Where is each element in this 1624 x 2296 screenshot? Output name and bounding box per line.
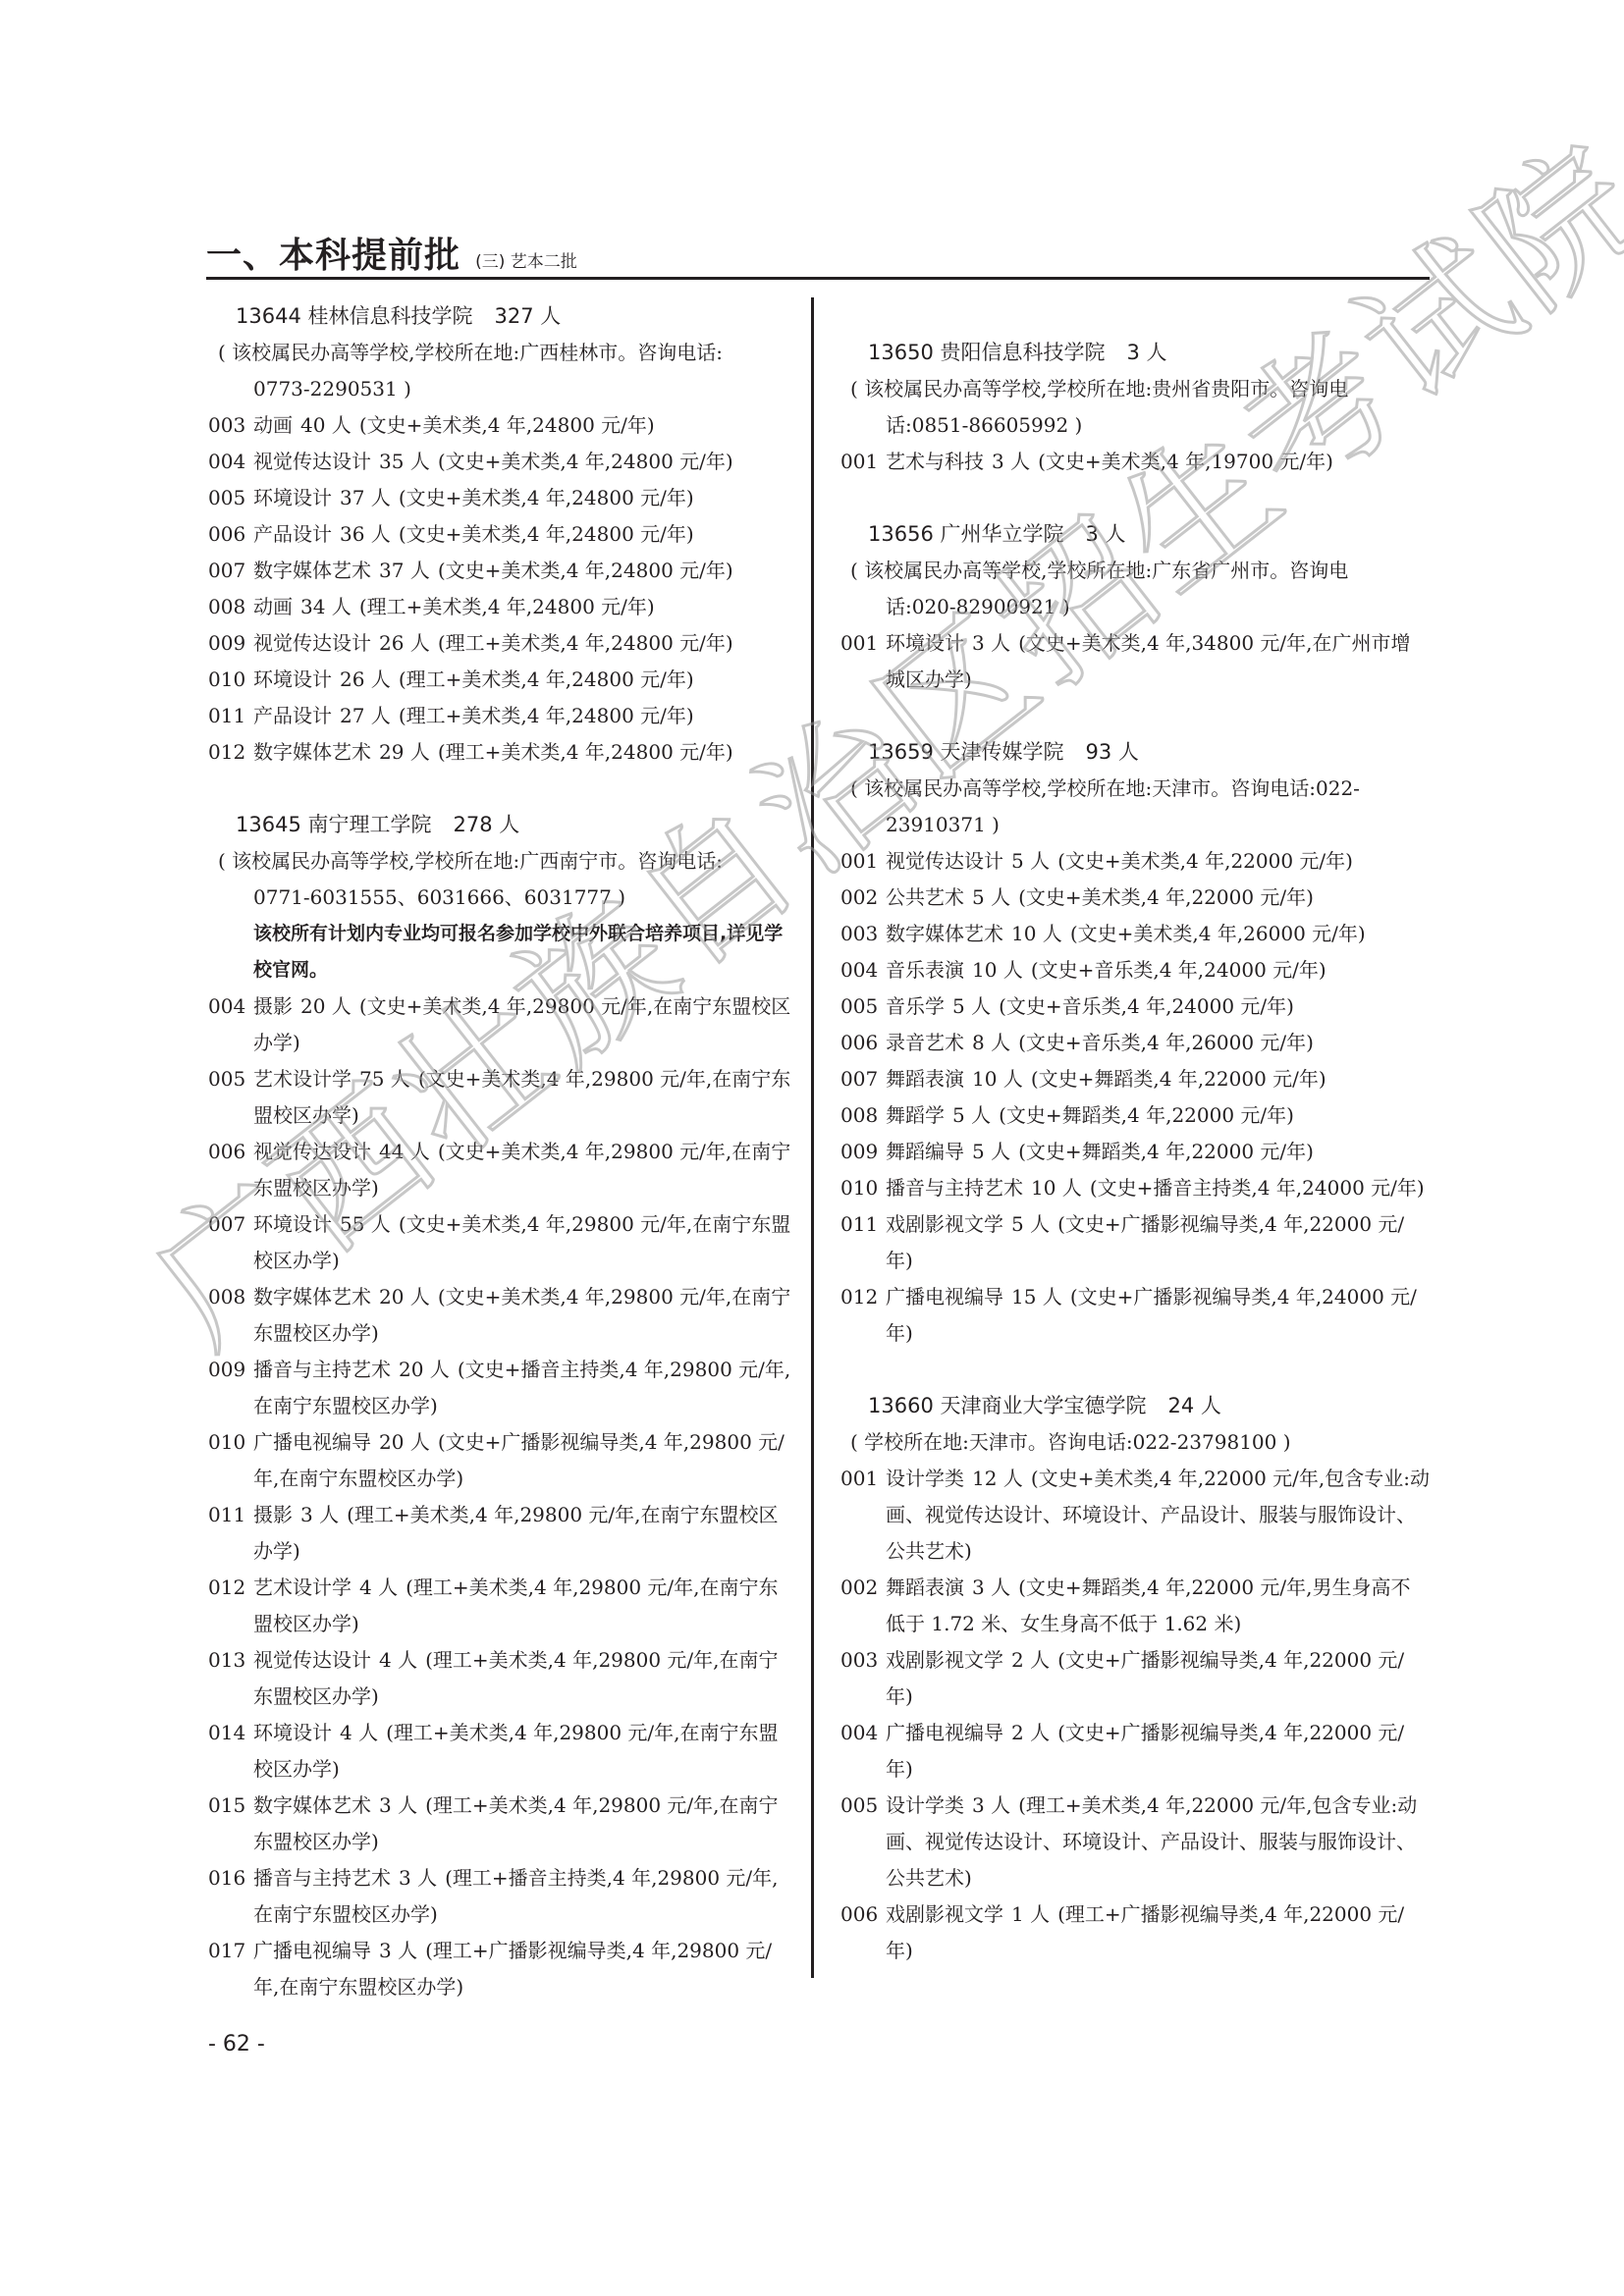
major-name: 录音艺术 [886,1031,964,1054]
major-code: 014 [208,1715,253,1751]
major-detail: (文史+舞蹈类,4 年,22000 元/年) [1031,1067,1326,1091]
major-code: 013 [208,1642,253,1679]
major-item: 006录音艺术8 人(文史+音乐类,4 年,26000 元/年) [840,1025,1430,1061]
major-quota: 20 人 [379,1430,430,1454]
major-code: 009 [208,625,253,662]
major-code: 007 [208,553,253,589]
major-detail: (文史+舞蹈类,4 年,22000 元/年) [1018,1140,1314,1163]
major-code: 004 [840,952,886,988]
major-item: 007数字媒体艺术37 人(文史+美术类,4 年,24800 元/年) [208,553,797,589]
major-code: 006 [840,1896,886,1933]
school-block: 13660 天津商业大学宝德学院24 人( 学校所在地:天津市。咨询电话:022… [840,1388,1430,1969]
major-name: 视觉传达设计 [253,631,371,655]
major-detail: (文史+美术类,4 年,24800 元/年) [438,559,733,582]
major-quota: 5 人 [972,885,1010,909]
major-item: 004音乐表演10 人(文史+音乐类,4 年,24000 元/年) [840,952,1430,988]
major-name: 设计学类 [886,1793,964,1817]
major-quota: 10 人 [1031,1176,1082,1200]
page-number: - 62 - [208,2032,265,2056]
major-code: 002 [840,880,886,916]
major-quota: 20 人 [300,994,352,1018]
major-quota: 26 人 [340,667,391,691]
header-rule [206,277,1430,280]
school-code: 13659 [868,740,934,764]
major-quota: 37 人 [340,486,391,509]
major-item: 001艺术与科技3 人(文史+美术类,4 年,19700 元/年) [840,444,1430,480]
major-item: 002舞蹈表演3 人(文史+舞蹈类,4 年,22000 元/年,男生身高不低于 … [840,1570,1430,1642]
major-name: 数字媒体艺术 [253,559,371,582]
school-name: 广州华立学院 [941,522,1064,546]
major-quota: 1 人 [1011,1902,1050,1926]
major-name: 戏剧影视文学 [886,1212,1003,1236]
major-quota: 5 人 [1011,1212,1050,1236]
school-quota: 93 人 [1086,740,1139,764]
major-code: 010 [208,662,253,698]
major-code: 004 [208,444,253,480]
major-detail: (理工+美术类,4 年,22000 元/年,包含专业:动画、视觉传达设计、环境设… [886,1793,1417,1890]
school-block: 13656 广州华立学院3 人( 该校属民办高等学校,学校所在地:广东省广州市。… [840,516,1430,698]
major-quota: 2 人 [1011,1721,1050,1744]
major-name: 艺术设计学 [253,1575,352,1599]
major-quota: 10 人 [972,1067,1023,1091]
major-code: 009 [208,1352,253,1388]
school-code: 13645 [236,813,301,836]
major-code: 001 [840,625,886,662]
major-detail: (文史+舞蹈类,4 年,22000 元/年) [999,1103,1294,1127]
major-code: 006 [840,1025,886,1061]
school-info: ( 该校属民办高等学校,学校所在地:广东省广州市。咨询电 [840,553,1430,589]
major-name: 戏剧影视文学 [886,1902,1003,1926]
school-block: 13644 桂林信息科技学院327 人( 该校属民办高等学校,学校所在地:广西桂… [208,298,797,771]
major-detail: (文史+音乐类,4 年,26000 元/年) [1018,1031,1314,1054]
major-name: 艺术与科技 [886,450,984,473]
major-item: 010广播电视编导20 人(文史+广播影视编导类,4 年,29800 元/年,在… [208,1424,797,1497]
major-item: 001视觉传达设计5 人(文史+美术类,4 年,22000 元/年) [840,843,1430,880]
major-detail: (理工+美术类,4 年,24800 元/年) [438,631,733,655]
major-code: 004 [208,988,253,1025]
major-quota: 8 人 [972,1031,1010,1054]
major-quota: 3 人 [379,1939,417,1962]
major-item: 003动画40 人(文史+美术类,4 年,24800 元/年) [208,407,797,444]
major-code: 001 [840,843,886,880]
major-item: 001环境设计3 人(文史+美术类,4 年,34800 元/年,在广州市增城区办… [840,625,1430,698]
major-quota: 4 人 [379,1648,417,1672]
major-item: 001设计学类12 人(文史+美术类,4 年,22000 元/年,包含专业:动画… [840,1461,1430,1570]
major-quota: 36 人 [340,522,391,546]
major-detail: (理工+美术类,4 年,24800 元/年) [399,667,694,691]
major-quota: 2 人 [1011,1648,1050,1672]
school-header: 13660 天津商业大学宝德学院24 人 [840,1388,1430,1424]
major-item: 009播音与主持艺术20 人(文史+播音主持类,4 年,29800 元/年,在南… [208,1352,797,1424]
major-quota: 27 人 [340,704,391,727]
major-quota: 20 人 [399,1358,450,1381]
major-quota: 20 人 [379,1285,430,1308]
school-name: 天津传媒学院 [941,740,1064,764]
school-name: 南宁理工学院 [308,813,432,836]
school-name: 贵阳信息科技学院 [941,341,1106,364]
major-code: 004 [840,1715,886,1751]
major-quota: 44 人 [379,1140,430,1163]
major-item: 004广播电视编导2 人(文史+广播影视编导类,4 年,22000 元/年) [840,1715,1430,1788]
major-code: 007 [840,1061,886,1097]
major-name: 视觉传达设计 [253,1648,371,1672]
major-item: 005设计学类3 人(理工+美术类,4 年,22000 元/年,包含专业:动画、… [840,1788,1430,1896]
major-code: 008 [208,589,253,625]
school-info-cont: 0773-2290531 ) [208,371,797,407]
major-quota: 34 人 [300,595,352,618]
major-name: 舞蹈表演 [886,1575,964,1599]
major-quota: 10 人 [972,958,1023,982]
major-name: 视觉传达设计 [886,849,1003,873]
major-code: 011 [208,698,253,734]
school-header: 13644 桂林信息科技学院327 人 [208,298,797,335]
major-item: 011戏剧影视文学5 人(文史+广播影视编导类,4 年,22000 元/年) [840,1206,1430,1279]
major-detail: (文史+美术类,4 年,24800 元/年) [438,450,733,473]
major-item: 011产品设计27 人(理工+美术类,4 年,24800 元/年) [208,698,797,734]
major-quota: 29 人 [379,740,430,764]
major-name: 环境设计 [253,1721,332,1744]
major-detail: (文史+播音主持类,4 年,24000 元/年) [1090,1176,1425,1200]
school-note: 该校所有计划内专业均可报名参加学校中外联合培养项目,详见学校官网。 [208,916,797,988]
major-quota: 3 人 [399,1866,437,1890]
left-column: 13644 桂林信息科技学院327 人( 该校属民办高等学校,学校所在地:广西桂… [208,298,797,2042]
major-item: 007环境设计55 人(文史+美术类,4 年,29800 元/年,在南宁东盟校区… [208,1206,797,1279]
major-name: 环境设计 [253,667,332,691]
major-code: 011 [840,1206,886,1243]
major-item: 003数字媒体艺术10 人(文史+美术类,4 年,26000 元/年) [840,916,1430,952]
major-item: 012广播电视编导15 人(文史+广播影视编导类,4 年,24000 元/年) [840,1279,1430,1352]
major-quota: 3 人 [379,1793,417,1817]
school-code: 13656 [868,522,934,546]
major-code: 010 [840,1170,886,1206]
major-name: 舞蹈学 [886,1103,945,1127]
school-info: ( 该校属民办高等学校,学校所在地:广西南宁市。咨询电话: [208,843,797,880]
major-quota: 5 人 [1011,849,1050,873]
major-name: 音乐表演 [886,958,964,982]
school-header: 13656 广州华立学院3 人 [840,516,1430,553]
major-code: 005 [208,1061,253,1097]
major-code: 012 [208,734,253,771]
school-header: 13645 南宁理工学院278 人 [208,807,797,843]
major-item: 008数字媒体艺术20 人(文史+美术类,4 年,29800 元/年,在南宁东盟… [208,1279,797,1352]
major-quota: 3 人 [992,450,1030,473]
major-detail: (文史+音乐类,4 年,24000 元/年) [1031,958,1326,982]
major-code: 005 [840,988,886,1025]
school-quota: 278 人 [454,813,520,836]
major-quota: 12 人 [972,1467,1023,1490]
school-info-cont: 话:0851-86605992 ) [840,407,1430,444]
school-info: ( 该校属民办高等学校,学校所在地:天津市。咨询电话:022- [840,771,1430,807]
major-detail: (文史+美术类,4 年,29800 元/年,在南宁东盟校区办学) [253,1212,790,1272]
major-quota: 26 人 [379,631,430,655]
major-quota: 37 人 [379,559,430,582]
major-item: 009视觉传达设计26 人(理工+美术类,4 年,24800 元/年) [208,625,797,662]
major-name: 广播电视编导 [886,1721,1003,1744]
major-item: 005艺术设计学75 人(文史+美术类,4 年,29800 元/年,在南宁东盟校… [208,1061,797,1134]
major-item: 017广播电视编导3 人(理工+广播影视编导类,4 年,29800 元/年,在南… [208,1933,797,2005]
major-quota: 5 人 [952,994,991,1018]
major-item: 011摄影3 人(理工+美术类,4 年,29800 元/年,在南宁东盟校区办学) [208,1497,797,1570]
major-code: 001 [840,444,886,480]
major-name: 数字媒体艺术 [886,922,1003,945]
school-info: ( 该校属民办高等学校,学校所在地:贵州省贵阳市。咨询电 [840,371,1430,407]
major-item: 005音乐学5 人(文史+音乐类,4 年,24000 元/年) [840,988,1430,1025]
major-item: 009舞蹈编导5 人(文史+舞蹈类,4 年,22000 元/年) [840,1134,1430,1170]
major-code: 001 [840,1461,886,1497]
major-quota: 5 人 [952,1103,991,1127]
major-item: 004视觉传达设计35 人(文史+美术类,4 年,24800 元/年) [208,444,797,480]
major-name: 舞蹈表演 [886,1067,964,1091]
major-name: 动画 [253,595,293,618]
major-name: 动画 [253,413,293,437]
major-name: 数字媒体艺术 [253,1285,371,1308]
major-quota: 5 人 [972,1140,1010,1163]
major-code: 017 [208,1933,253,1969]
major-code: 006 [208,516,253,553]
major-code: 012 [840,1279,886,1315]
major-item: 008舞蹈学5 人(文史+舞蹈类,4 年,22000 元/年) [840,1097,1430,1134]
school-header: 13659 天津传媒学院93 人 [840,734,1430,771]
major-code: 003 [208,407,253,444]
section-subtitle: (三) 艺本二批 [475,252,577,272]
major-name: 音乐学 [886,994,945,1018]
major-name: 广播电视编导 [253,1939,371,1962]
school-info-cont: 23910371 ) [840,807,1430,843]
major-code: 003 [840,916,886,952]
major-quota: 4 人 [359,1575,398,1599]
school-code: 13650 [868,341,934,364]
school-header: 13650 贵阳信息科技学院3 人 [840,335,1430,371]
major-code: 009 [840,1134,886,1170]
major-code: 007 [208,1206,253,1243]
major-quota: 40 人 [300,413,352,437]
page-title: 一、本科提前批 (三) 艺本二批 [206,228,577,277]
major-quota: 10 人 [1011,922,1062,945]
major-detail: (理工+美术类,4 年,29800 元/年,在南宁东盟校区办学) [253,1721,779,1781]
major-item: 012艺术设计学4 人(理工+美术类,4 年,29800 元/年,在南宁东盟校区… [208,1570,797,1642]
major-name: 环境设计 [253,486,332,509]
major-name: 视觉传达设计 [253,450,371,473]
major-code: 003 [840,1642,886,1679]
major-name: 数字媒体艺术 [253,740,371,764]
major-name: 产品设计 [253,522,332,546]
school-quota: 24 人 [1168,1394,1221,1417]
major-detail: (文史+美术类,4 年,22000 元/年) [1057,849,1353,873]
major-detail: (文史+美术类,4 年,26000 元/年) [1070,922,1366,945]
major-code: 016 [208,1860,253,1896]
major-detail: (文史+音乐类,4 年,24000 元/年) [999,994,1294,1018]
major-name: 环境设计 [886,631,964,655]
major-name: 环境设计 [253,1212,332,1236]
major-quota: 3 人 [972,1575,1010,1599]
major-name: 摄影 [253,1503,293,1526]
school-block: 13645 南宁理工学院278 人( 该校属民办高等学校,学校所在地:广西南宁市… [208,807,797,2005]
school-name: 桂林信息科技学院 [308,304,473,328]
major-detail: (理工+美术类,4 年,24800 元/年) [438,740,733,764]
school-block: 13659 天津传媒学院93 人( 该校属民办高等学校,学校所在地:天津市。咨询… [840,734,1430,1352]
major-item: 013视觉传达设计4 人(理工+美术类,4 年,29800 元/年,在南宁东盟校… [208,1642,797,1715]
major-code: 011 [208,1497,253,1533]
major-item: 005环境设计37 人(文史+美术类,4 年,24800 元/年) [208,480,797,516]
school-code: 13644 [236,304,301,328]
school-quota: 3 人 [1086,522,1126,546]
major-quota: 3 人 [972,631,1010,655]
major-detail: (文史+美术类,4 年,22000 元/年,包含专业:动画、视觉传达设计、环境设… [886,1467,1430,1563]
major-detail: (文史+美术类,4 年,24800 元/年) [399,486,694,509]
section-title: 一、本科提前批 [206,236,460,276]
major-detail: (文史+舞蹈类,4 年,22000 元/年,男生身高不低于 1.72 米、女生身… [886,1575,1411,1635]
major-item: 006戏剧影视文学1 人(理工+广播影视编导类,4 年,22000 元/年) [840,1896,1430,1969]
major-name: 设计学类 [886,1467,964,1490]
major-name: 数字媒体艺术 [253,1793,371,1817]
major-code: 012 [208,1570,253,1606]
major-code: 015 [208,1788,253,1824]
school-block: 13650 贵阳信息科技学院3 人( 该校属民办高等学校,学校所在地:贵州省贵阳… [840,335,1430,480]
major-quota: 75 人 [359,1067,410,1091]
major-detail: (文史+美术类,4 年,19700 元/年) [1038,450,1333,473]
major-name: 广播电视编导 [886,1285,1003,1308]
school-quota: 327 人 [495,304,562,328]
right-column: 13650 贵阳信息科技学院3 人( 该校属民办高等学校,学校所在地:贵州省贵阳… [840,335,1430,2005]
major-name: 摄影 [253,994,293,1018]
major-item: 008动画34 人(理工+美术类,4 年,24800 元/年) [208,589,797,625]
column-divider [811,297,814,1978]
major-quota: 4 人 [340,1721,378,1744]
major-name: 艺术设计学 [253,1067,352,1091]
major-quota: 55 人 [340,1212,391,1236]
major-detail: (文史+美术类,4 年,24800 元/年) [399,522,694,546]
major-detail: (文史+美术类,4 年,24800 元/年) [359,413,655,437]
major-name: 播音与主持艺术 [886,1176,1023,1200]
major-item: 016播音与主持艺术3 人(理工+播音主持类,4 年,29800 元/年,在南宁… [208,1860,797,1933]
major-item: 010播音与主持艺术10 人(文史+播音主持类,4 年,24000 元/年) [840,1170,1430,1206]
school-info-cont: 话:020-82900921 ) [840,589,1430,625]
major-quota: 3 人 [300,1503,339,1526]
school-info: ( 学校所在地:天津市。咨询电话:022-23798100 ) [840,1424,1430,1461]
major-detail: (理工+美术类,4 年,24800 元/年) [399,704,694,727]
major-item: 014环境设计4 人(理工+美术类,4 年,29800 元/年,在南宁东盟校区办… [208,1715,797,1788]
major-item: 006视觉传达设计44 人(文史+美术类,4 年,29800 元/年,在南宁东盟… [208,1134,797,1206]
major-name: 播音与主持艺术 [253,1358,391,1381]
major-name: 产品设计 [253,704,332,727]
school-info-cont: 0771-6031555、6031666、6031777 ) [208,880,797,916]
major-name: 广播电视编导 [253,1430,371,1454]
major-code: 005 [840,1788,886,1824]
major-item: 004摄影20 人(文史+美术类,4 年,29800 元/年,在南宁东盟校区办学… [208,988,797,1061]
major-name: 舞蹈编导 [886,1140,964,1163]
major-item: 002公共艺术5 人(文史+美术类,4 年,22000 元/年) [840,880,1430,916]
major-quota: 35 人 [379,450,430,473]
major-item: 015数字媒体艺术3 人(理工+美术类,4 年,29800 元/年,在南宁东盟校… [208,1788,797,1860]
school-info: ( 该校属民办高等学校,学校所在地:广西桂林市。咨询电话: [208,335,797,371]
major-code: 008 [840,1097,886,1134]
school-code: 13660 [868,1394,934,1417]
major-name: 戏剧影视文学 [886,1648,1003,1672]
major-quota: 3 人 [972,1793,1010,1817]
school-name: 天津商业大学宝德学院 [941,1394,1147,1417]
school-quota: 3 人 [1127,341,1167,364]
major-item: 006产品设计36 人(文史+美术类,4 年,24800 元/年) [208,516,797,553]
major-detail: (文史+美术类,4 年,34800 元/年,在广州市增城区办学) [886,631,1411,691]
major-code: 005 [208,480,253,516]
major-name: 视觉传达设计 [253,1140,371,1163]
major-detail: (文史+美术类,4 年,22000 元/年) [1018,885,1314,909]
major-code: 010 [208,1424,253,1461]
major-code: 006 [208,1134,253,1170]
major-name: 播音与主持艺术 [253,1866,391,1890]
major-detail: (理工+美术类,4 年,24800 元/年) [359,595,655,618]
major-code: 008 [208,1279,253,1315]
major-code: 002 [840,1570,886,1606]
major-item: 010环境设计26 人(理工+美术类,4 年,24800 元/年) [208,662,797,698]
major-quota: 15 人 [1011,1285,1062,1308]
major-item: 003戏剧影视文学2 人(文史+广播影视编导类,4 年,22000 元/年) [840,1642,1430,1715]
major-item: 007舞蹈表演10 人(文史+舞蹈类,4 年,22000 元/年) [840,1061,1430,1097]
major-item: 012数字媒体艺术29 人(理工+美术类,4 年,24800 元/年) [208,734,797,771]
major-name: 公共艺术 [886,885,964,909]
